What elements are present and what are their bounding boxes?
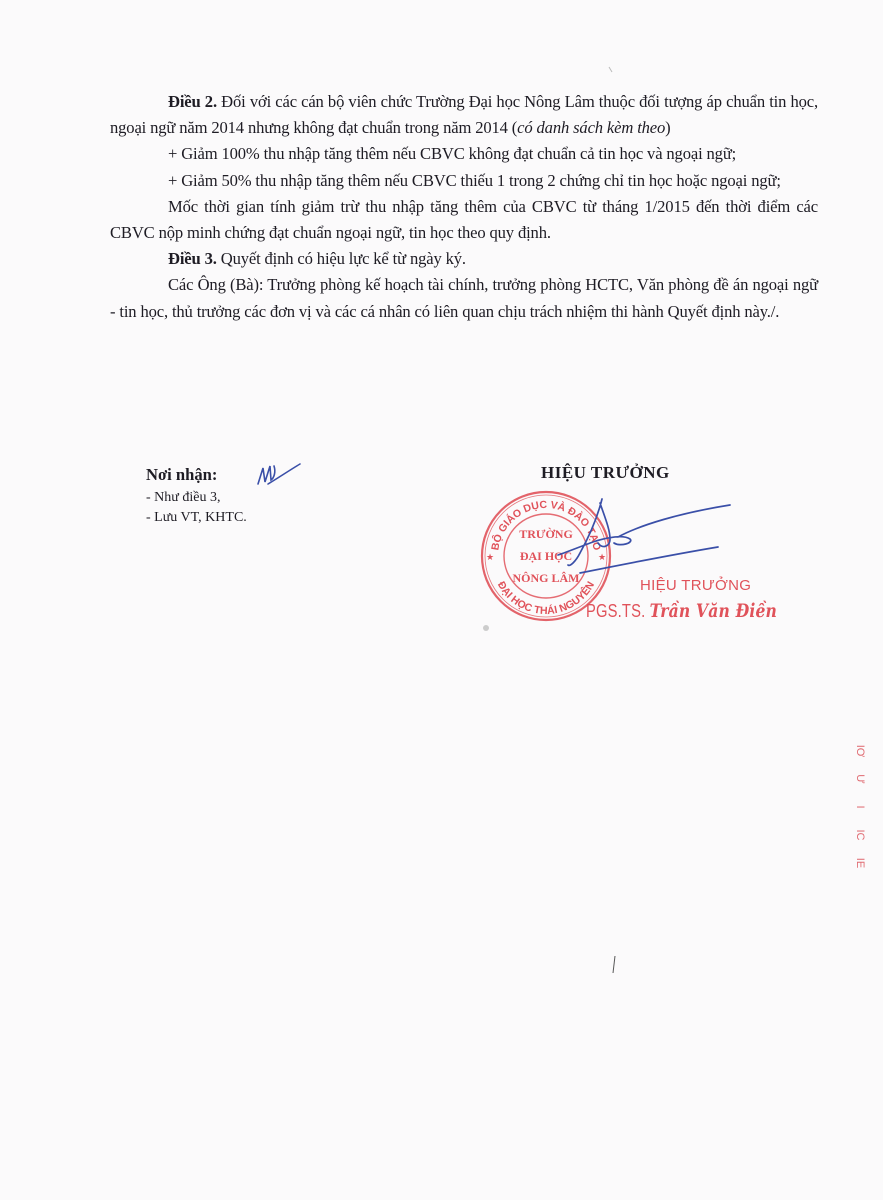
scan-speck-icon (610, 955, 618, 975)
bullet-1: + Giảm 100% thu nhập tăng thêm nếu CBVC … (110, 141, 818, 167)
margin-stamp-fragment: IƠ Ư I IC IE (848, 737, 872, 877)
article-3: Điều 3. Quyết định có hiệu lực kể từ ngà… (110, 246, 818, 272)
responsibility-paragraph: Các Ông (Bà): Trưởng phòng kế hoạch tài … (110, 272, 818, 324)
svg-text:★: ★ (486, 552, 494, 562)
handwritten-initial-icon (254, 460, 304, 492)
signer-fullname: Trần Văn Điền (650, 600, 777, 622)
timeline-paragraph: Mốc thời gian tính giảm trừ thu nhập tăn… (110, 194, 818, 246)
recipient-item: - Như điều 3, (146, 488, 247, 508)
signature-title: HIỆU TRƯỞNG (541, 463, 670, 483)
document-body: Điều 2. Đối với các cán bộ viên chức Trư… (110, 89, 818, 325)
document-page: Điều 2. Đối với các cán bộ viên chức Trư… (0, 0, 883, 1200)
scan-speck-icon (480, 622, 494, 634)
article-2-text: Đối với các cán bộ viên chức Trường Đại … (110, 92, 818, 137)
recipients-block: Nơi nhận: - Như điều 3, - Lưu VT, KHTC. (146, 462, 247, 528)
signature-icon (540, 495, 760, 585)
article-2-label: Điều 2. (168, 92, 217, 111)
article-3-text: Quyết định có hiệu lực kể từ ngày ký. (217, 249, 466, 268)
article-3-label: Điều 3. (168, 249, 217, 268)
signer-prefix: PGS.TS. (586, 601, 645, 621)
article-2-italic: có danh sách kèm theo (517, 118, 665, 137)
bullet-2: + Giảm 50% thu nhập tăng thêm nếu CBVC t… (110, 168, 818, 194)
recipients-title: Nơi nhận: (146, 462, 217, 488)
signer-name: PGS.TS. Trần Văn Điền (586, 600, 777, 622)
recipient-item: - Lưu VT, KHTC. (146, 508, 247, 528)
scan-speck-icon (608, 66, 614, 74)
stamp-title: HIỆU TRƯỞNG (640, 577, 751, 594)
article-2: Điều 2. Đối với các cán bộ viên chức Trư… (110, 89, 818, 141)
